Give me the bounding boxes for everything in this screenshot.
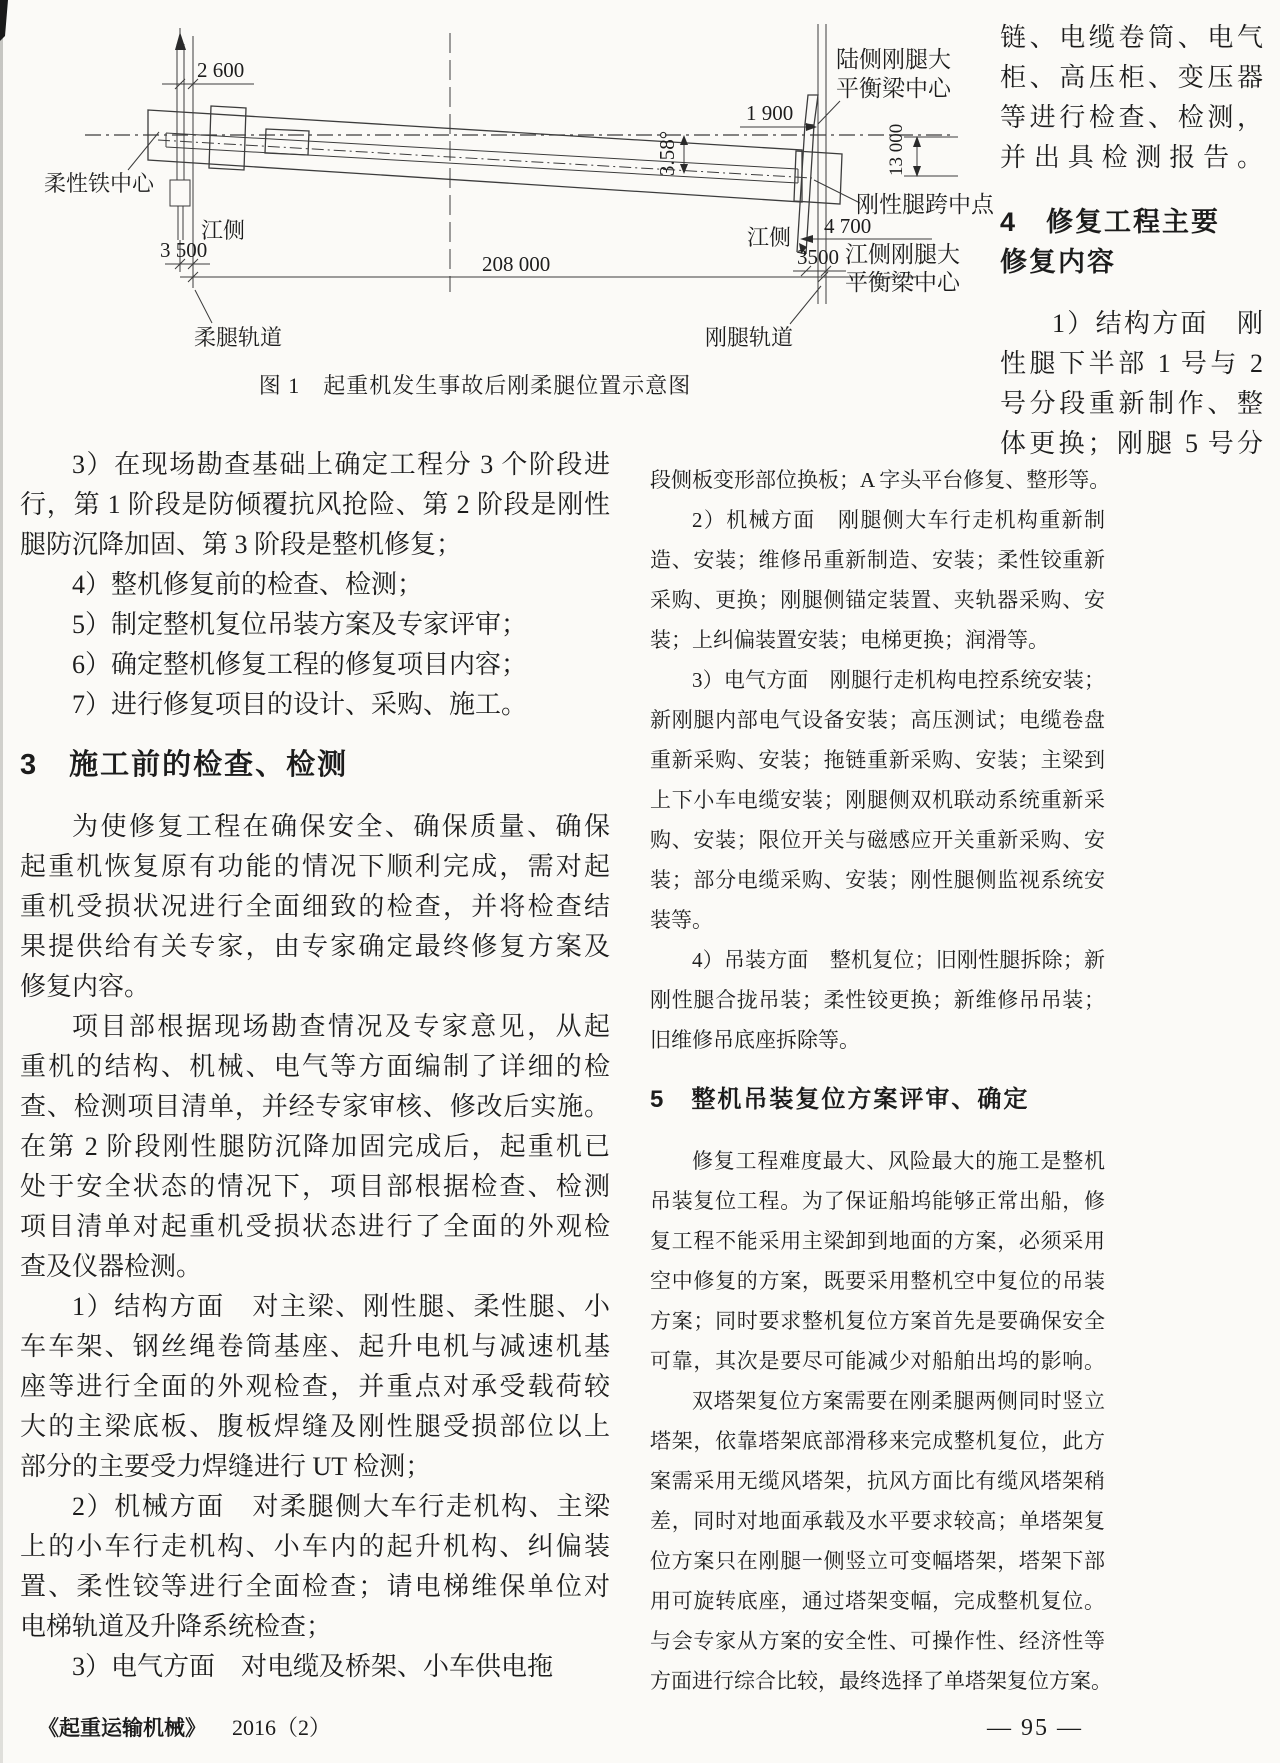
beam-block [265,129,309,155]
label-river-side-right: 江侧 [747,225,791,250]
text-line: 3）电气方面 刚腿行走机构电控系统安装； [650,660,1105,700]
text-line: 体更换；刚腿 5 号分 [1000,424,1263,464]
text-line: 案需采用无缆风塔架，抗风方面比有缆风塔架稍 [650,1461,1105,1501]
text-line: 7）进行修复项目的设计、采购、施工。 [20,685,610,725]
text-line: 查、检测项目清单，并经专家审核、修改后实施。 [20,1087,610,1127]
page-number: — 95 — [985,1708,1085,1748]
label-dim-4700: 4 700 [824,214,871,238]
flex-hinge-box [170,180,190,206]
text-line: 项目清单对起重机受损状态进行了全面的外观检 [20,1207,610,1247]
scan-artifact [0,0,8,41]
text-line: 项目部根据现场勘查情况及专家意见，从起 [20,1007,610,1047]
text-line: 查及仪器检测。 [20,1247,610,1287]
text-line: 装；上纠偏装置安装；电梯更换；润滑等。 [650,620,1105,660]
angle-arrow-down [680,164,688,174]
section-heading: 修复内容 [1000,242,1263,282]
text-line: 号分段重新制作、整 [1000,384,1263,424]
label-dim-2600: 2 600 [197,58,244,82]
text-line: 2）机械方面 对柔腿侧大车行走机构、主梁 [20,1487,610,1527]
label-tilt-angle: 3.58° [655,131,679,176]
land-side-leader [818,101,840,124]
text-line: 装；部分电缆采购、安装；刚性腿侧监视系统安 [650,860,1105,900]
text-line: 6）确定整机修复工程的修复项目内容； [20,645,610,685]
beam-inner-strip [166,133,798,183]
text-line: 与会专家从方案的安全性、可操作性、经济性等 [650,1621,1105,1661]
section-heading: 3 施工前的检查、检测 [20,745,610,785]
text-line: 方面进行综合比较，最终选择了单塔架复位方案。 [650,1661,1105,1701]
label-flex-hinge-center: 柔性铁中心 [44,171,155,196]
text-line: 大的主梁底板、腹板焊缝及刚性腿受损部位以上 [20,1407,610,1447]
angle-arrow-up [680,135,688,145]
label-land-side-l1: 陆侧刚腿大 [836,47,951,72]
text-line: 置、柔性铰等进行全面检查；请电梯维保单位对 [20,1567,610,1607]
pendant-tip-arrow [175,32,186,50]
text-line: 双塔架复位方案需要在刚柔腿两侧同时竖立 [650,1381,1105,1421]
text-line: 3）在现场勘查基础上确定工程分 3 个阶段进 [20,445,610,485]
text-line: 修复内容。 [20,967,610,1007]
text-line: 5）制定整机复位吊装方案及专家评审； [20,605,610,645]
text-line: 1）结构方面 刚 [1000,304,1263,344]
dim-13000-arrow-down [913,166,921,177]
text-line: 为使修复工程在确保安全、确保质量、确保 [20,807,610,847]
text-line: 果提供给有关专家，由专家确定最终修复方案及 [20,927,610,967]
right-text-column: 段侧板变形部位换板；A 字头平台修复、整形等。2）机械方面 刚腿侧大车行走机构重… [650,460,1105,1701]
text-line: 复工程不能采用主梁卸到地面的方案，必须采用 [650,1221,1105,1261]
text-line: 空中修复的方案，既要采用整机空中复位的吊装 [650,1261,1105,1301]
beam-axis [158,140,812,178]
text-line: 上下小车电缆安装；刚腿侧双机联动系统重新采 [650,780,1105,820]
section-heading: 4 修复工程主要 [1000,202,1263,242]
text-line: 链、电缆卷筒、电气 [1000,18,1263,58]
left-text-column: 3）在现场勘查基础上确定工程分 3 个阶段进行，第 1 阶段是防倾覆抗风抢险、第… [20,445,610,1687]
text-line: 可靠，其次是要尽可能减少对船舶出坞的影响。 [650,1341,1105,1381]
label-dim-3500-right: 3500 [797,245,839,269]
text-line: 2）机械方面 刚腿侧大车行走机构重新制 [650,500,1105,540]
text-line: 采购、更换；刚腿侧锚定装置、夹轨器采购、安 [650,580,1105,620]
text-line: 腿防沉降加固、第 3 阶段是整机修复； [20,525,610,565]
dim-13000-arrow-up [913,136,921,147]
label-rigid-leg-rail: 刚腿轨道 [705,325,793,350]
text-line: 用可旋转底座，通过塔架变幅，完成整机复位。 [650,1581,1105,1621]
label-river-beam-l1: 江侧刚腿大 [845,242,960,267]
rigid-midspan-leader [814,180,860,203]
rigid-leg-top [805,95,818,125]
rigid-rail-leader [790,286,821,324]
text-line: 购、安装；限位开关与磁感应开关重新采购、安 [650,820,1105,860]
label-dim-13000: 13 000 [886,124,907,176]
text-line: 起重机恢复原有功能的情况下顺利完成，需对起 [20,847,610,887]
text-line: 电梯轨道及升降系统检查； [20,1607,610,1647]
text-line: 重机受损状况进行全面细致的检查，并将检查结 [20,887,610,927]
label-dim-208000: 208 000 [482,252,550,276]
section-heading: 5 整机吊装复位方案评审、确定 [650,1080,1105,1120]
label-rigid-midspan: 刚性腿跨中点 [856,192,995,217]
text-line: 1）结构方面 对主梁、刚性腿、柔性腿、小 [20,1287,610,1327]
flex-hinge-leader [128,132,159,170]
text-line: 重新采购、安装；拖链重新采购、安装；主梁到 [650,740,1105,780]
text-line: 4）整机修复前的检查、检测； [20,565,610,605]
flex-rail-leader [195,290,212,323]
text-line: 修复工程难度最大、风险最大的施工是整机 [650,1141,1105,1181]
label-flex-leg-rail: 柔腿轨道 [194,325,282,350]
text-line: 旧维修吊底座拆除等。 [650,1020,1105,1060]
text-line: 方案；同时要求整机复位方案首先是要确保安全 [650,1301,1105,1341]
scanned-paper-page: 2 600 柔性铁中心 江侧 3 500 柔腿轨道 208 000 3.58° … [0,0,1280,1763]
text-line: 重机的结构、机械、电气等方面编制了详细的检 [20,1047,610,1087]
label-river-side-left: 江侧 [201,218,245,243]
text-line: 行，第 1 阶段是防倾覆抗风抢险、第 2 阶段是刚性 [20,485,610,525]
text-line: 装等。 [650,900,1105,940]
text-line: 车车架、钢丝绳卷筒基座、起升电机与减速机基 [20,1327,610,1367]
text-line: 并出具检测报告。 [1000,138,1263,178]
text-line: 造、安装；维修吊重新制造、安装；柔性铰重新 [650,540,1105,580]
text-line: 新刚腿内部电气设备安装；高压测试；电缆卷盘 [650,700,1105,740]
journal-footer: 《起重运输机械》2016（2） [38,1708,331,1748]
text-line: 部分的主要受力焊缝进行 UT 检测； [20,1447,610,1487]
journal-issue: 2016（2） [232,1715,331,1740]
text-line: 4）吊装方面 整机复位；旧刚性腿拆除；新 [650,940,1105,980]
label-river-beam-l2: 平衡梁中心 [845,270,961,295]
text-line: 处于安全状态的情况下，项目部根据检查、检测 [20,1167,610,1207]
text-line: 柜、高压柜、变压器 [1000,58,1263,98]
label-dim-1900: 1 900 [746,101,793,125]
figure-caption: 图 1 起重机发生事故后刚柔腿位置示意图 [60,369,890,400]
text-line: 段侧板变形部位换板；A 字头平台修复、整形等。 [650,460,1105,500]
label-land-side-l2: 平衡梁中心 [836,76,952,101]
text-line: 吊装复位工程。为了保证船坞能够正常出船，修 [650,1181,1105,1221]
text-line: 塔架，依靠塔架底部滑移来完成整机复位，此方 [650,1421,1105,1461]
label-dim-3500-left: 3 500 [160,238,207,262]
text-line: 刚性腿合拢吊装；柔性铰更换；新维修吊吊装； [650,980,1105,1020]
text-line: 3）电气方面 对电缆及桥架、小车供电拖 [20,1647,610,1687]
dim-13000-line [904,137,958,176]
text-line: 座等进行全面的外观检查，并重点对承受载荷较 [20,1367,610,1407]
right-top-text-column: 链、电缆卷筒、电气柜、高压柜、变压器等进行检查、检测，并出具检测报告。4 修复工… [1000,18,1263,464]
text-line: 在第 2 阶段刚性腿防沉降加固完成后，起重机已 [20,1127,610,1167]
rigid-leg-body [797,124,814,254]
text-line: 性腿下半部 1 号与 2 [1000,344,1263,384]
text-line: 等进行检查、检测， [1000,98,1263,138]
text-line: 位方案只在刚腿一侧竖立可变幅塔架，塔架下部 [650,1541,1105,1581]
journal-name: 《起重运输机械》 [38,1717,206,1740]
text-line: 上的小车行走机构、小车内的起升机构、纠偏装 [20,1527,610,1567]
text-line: 差，同时对地面承载及水平要求较高；单塔架复 [650,1501,1105,1541]
